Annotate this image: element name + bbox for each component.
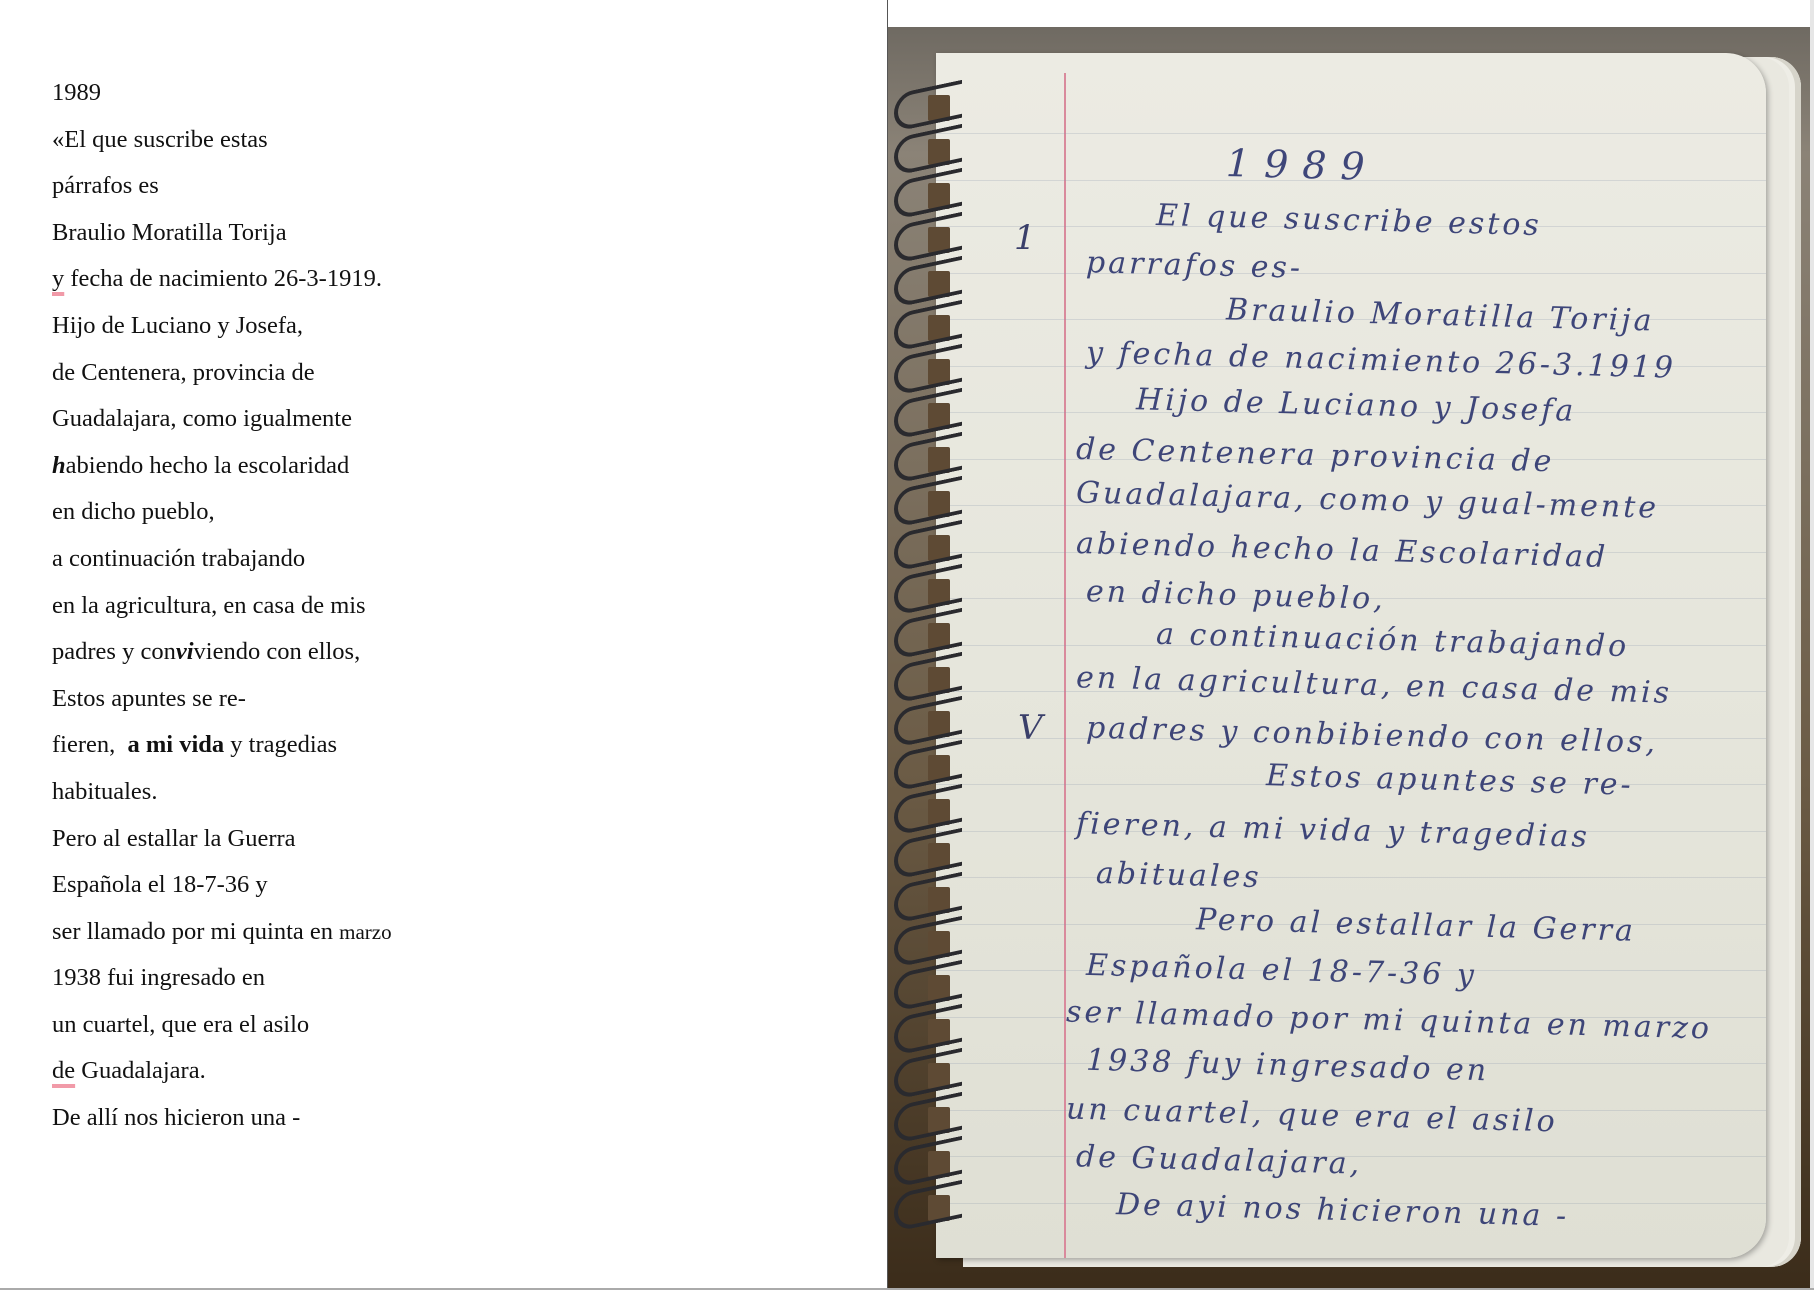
text-line: fieren, a mi vida y tragedias	[52, 722, 392, 769]
right-edge	[1810, 0, 1814, 1288]
handwritten-line: en la agricultura, en casa de mis	[1076, 660, 1673, 711]
ruled-line	[936, 273, 1766, 274]
handwritten-line: a continuación trabajando	[1156, 617, 1630, 664]
spiral-coil	[894, 696, 962, 748]
handwritten-line: Española el 18-7-36 y	[1086, 948, 1478, 993]
page-number-mark: 1	[1014, 218, 1036, 258]
text-line: en la agricultura, en casa de mis	[52, 583, 392, 630]
text-segment: fecha de nacimiento 26-3-1919.	[64, 265, 382, 292]
spiral-coil	[894, 212, 962, 264]
handwritten-line: Pero al estallar la Gerra	[1196, 902, 1637, 949]
text-line: Braulio Moratilla Torija	[52, 210, 392, 257]
spiral-coil	[894, 520, 962, 572]
spiral-coil	[894, 784, 962, 836]
handwritten-line: fieren, a mi vida y tragedias	[1076, 806, 1591, 854]
spiral-coil	[894, 960, 962, 1012]
transcription-text[interactable]: 1989 «El que suscribe estas párrafos es …	[52, 70, 392, 1142]
handwritten-line: en dicho pueblo,	[1086, 574, 1387, 617]
ruled-line	[936, 877, 1766, 878]
spiral-coil	[894, 168, 962, 220]
spiral-coil	[894, 916, 962, 968]
handwritten-line: 1938 fuy ingresado en	[1086, 1043, 1490, 1089]
handwritten-line: padres y conbibiendo con ellos,	[1086, 711, 1659, 761]
handwritten-line: Guadalajara, como y gual-mente	[1076, 475, 1660, 525]
text-line: a continuación trabajando	[52, 536, 392, 583]
text-line: «El que suscribe estas	[52, 117, 392, 164]
spiral-coil	[894, 80, 962, 132]
handwritten-line: Hijo de Luciano y Josefa	[1136, 382, 1577, 429]
handwritten-line: Estos apuntes se re-	[1266, 758, 1635, 803]
spiral-coil	[894, 300, 962, 352]
spiral-coil	[894, 1004, 962, 1056]
notebook-page: 1 V 1989El que suscribe estosparrafos es…	[936, 53, 1766, 1258]
text-line: 1938 fui ingresado en	[52, 955, 392, 1002]
spellcheck-flag[interactable]: de	[52, 1057, 75, 1084]
text-line: un cuartel, que era el asilo	[52, 1002, 392, 1049]
spiral-coil	[894, 564, 962, 616]
check-mark: V	[1018, 708, 1043, 748]
emphasis-letter: h	[52, 452, 66, 479]
text-line: párrafos es	[52, 163, 392, 210]
line-year: 1989	[52, 70, 392, 117]
text-segment: viendo con ellos,	[194, 638, 361, 665]
text-line: De allí nos hicieron una -	[52, 1095, 392, 1142]
text-line: en dicho pueblo,	[52, 489, 392, 536]
transcription-panel: 1989 «El que suscribe estas párrafos es …	[0, 0, 887, 1288]
text-segment: Guadalajara.	[75, 1057, 206, 1084]
spiral-coil	[894, 1048, 962, 1100]
text-line: de Guadalajara.	[52, 1048, 392, 1095]
text-segment: abiendo hecho la escolaridad	[66, 452, 350, 479]
ruled-line	[936, 133, 1766, 134]
spiral-coil	[894, 344, 962, 396]
text-line: Estos apuntes se re-	[52, 676, 392, 723]
text-line: Guadalajara, como igualmente	[52, 396, 392, 443]
spiral-coil	[894, 652, 962, 704]
notebook-photo: 1 V 1989El que suscribe estosparrafos es…	[888, 27, 1810, 1288]
text-line: Hijo de Luciano y Josefa,	[52, 303, 392, 350]
text-segment: y tragedias	[224, 731, 337, 758]
handwritten-line: un cuartel, que era el asilo	[1066, 1092, 1559, 1140]
spiral-coil	[894, 872, 962, 924]
text-segment: padres y con	[52, 638, 176, 665]
text-segment: fieren,	[52, 731, 128, 758]
emphasis-letters: vi	[176, 638, 194, 665]
spiral-coil	[894, 124, 962, 176]
spiral-coil	[894, 828, 962, 880]
handwritten-line: El que suscribe estos	[1156, 198, 1543, 243]
handwritten-line: ser llamado por mi quinta en marzo	[1066, 995, 1713, 1047]
spiral-coil	[894, 476, 962, 528]
text-line: Pero al estallar la Guerra	[52, 816, 392, 863]
spiral-coil	[894, 608, 962, 660]
text-segment: ser llamado por mi quinta en	[52, 918, 339, 945]
spiral-binding	[888, 87, 968, 1237]
text-line: de Centenera, provincia de	[52, 350, 392, 397]
spellcheck-flag[interactable]: y	[52, 265, 64, 292]
spiral-coil	[894, 432, 962, 484]
spiral-coil	[894, 1136, 962, 1188]
text-line: y fecha de nacimiento 26-3-1919.	[52, 256, 392, 303]
handwritten-line: de Centenera provincia de	[1076, 432, 1555, 480]
handwritten-line: abiendo hecho la Escolaridad	[1076, 526, 1609, 575]
spiral-coil	[894, 740, 962, 792]
text-line: padres y conviviendo con ellos,	[52, 629, 392, 676]
text-line: ser llamado por mi quinta en marzo	[52, 909, 392, 956]
margin-line	[1064, 73, 1066, 1258]
spiral-coil	[894, 256, 962, 308]
handwritten-line: abituales	[1096, 856, 1263, 895]
text-line: habiendo hecho la escolaridad	[52, 443, 392, 490]
bold-phrase: a mi vida	[128, 731, 225, 758]
text-line: habituales.	[52, 769, 392, 816]
small-word: marzo	[339, 920, 391, 944]
spiral-coil	[894, 1092, 962, 1144]
handwritten-line: Braulio Moratilla Torija	[1226, 292, 1655, 338]
spiral-coil	[894, 388, 962, 440]
handwritten-line: De ayi nos hicieron una -	[1116, 1187, 1570, 1234]
spiral-coil	[894, 1180, 962, 1232]
handwritten-line: de Guadalajara,	[1076, 1139, 1363, 1181]
handwritten-line: y fecha de nacimiento 26-3.1919	[1086, 335, 1677, 385]
text-line: Española el 18-7-36 y	[52, 862, 392, 909]
handwritten-line: parrafos es-	[1086, 245, 1304, 286]
handwritten-line: 1989	[1225, 141, 1379, 189]
